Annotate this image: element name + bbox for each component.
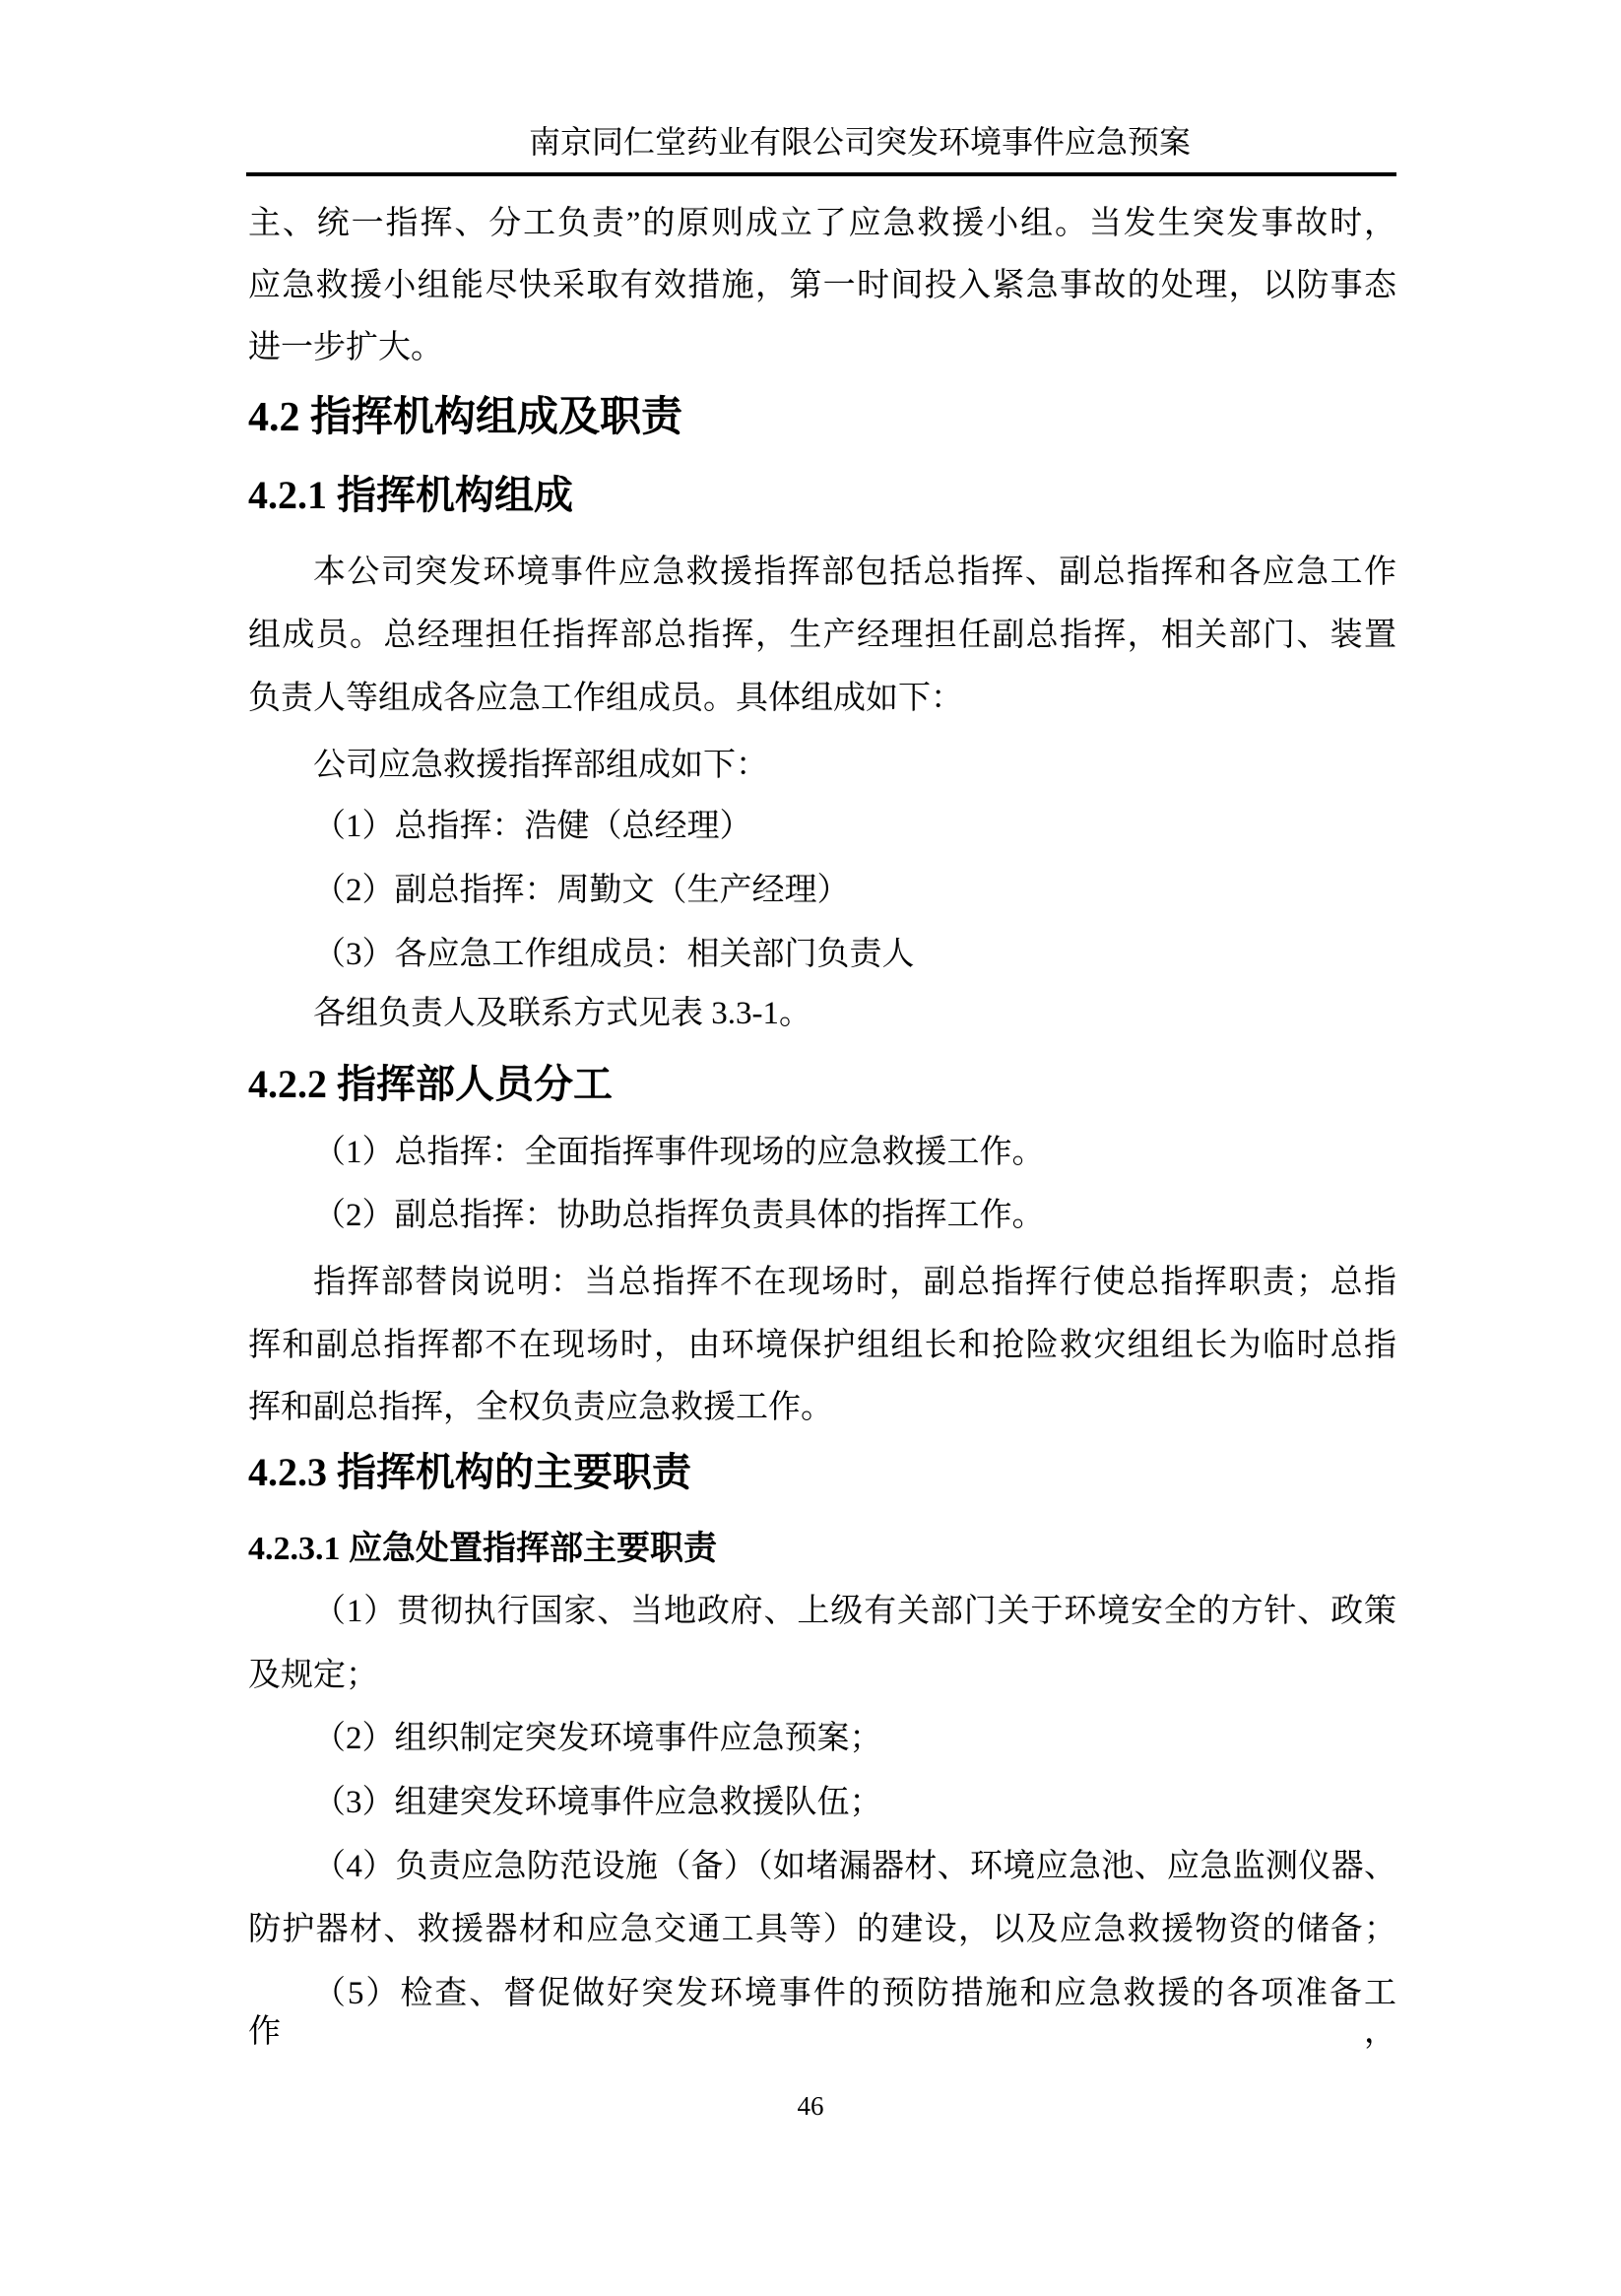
paragraph-line: 及规定； [248, 1657, 1396, 1695]
heading-4-2-2: 4.2.2 指挥部人员分工 [248, 1061, 1396, 1107]
paragraph-line: 负责人等组成各应急工作组成员。具体组成如下： [248, 680, 1396, 718]
paragraph-line: 应急救援小组能尽快采取有效措施，第一时间投入紧急事故的处理，以防事态 [248, 267, 1396, 305]
document-page: 南京同仁堂药业有限公司突发环境事件应急预案 主、统一指挥、分工负责”的原则成立了… [0, 0, 1621, 2296]
paragraph-line: 进一步扩大。 [248, 329, 1396, 367]
header-divider-line [246, 172, 1396, 176]
list-item: （4）负责应急防范设施（备）（如堵漏器材、环境应急池、应急监测仪器、 [248, 1848, 1396, 1886]
list-item: （3）组建突发环境事件应急救援队伍； [248, 1784, 1396, 1822]
page-number: 46 [0, 2091, 1621, 2122]
paragraph-line: 指挥部替岗说明：当总指挥不在现场时，副总指挥行使总指挥职责；总指 [248, 1264, 1396, 1302]
list-item: （5）检查、督促做好突发环境事件的预防措施和应急救援的各项准备工作， [248, 1975, 1396, 2052]
list-item: （2）副总指挥：周勤文（生产经理） [248, 872, 1396, 910]
heading-4-2-1: 4.2.1 指挥机构组成 [248, 472, 1396, 518]
paragraph-line: 本公司突发环境事件应急救援指挥部包括总指挥、副总指挥和各应急工作 [248, 554, 1396, 592]
list-item: （1）总指挥：全面指挥事件现场的应急救援工作。 [248, 1134, 1396, 1172]
list-item: （2）组织制定突发环境事件应急预案； [248, 1720, 1396, 1758]
paragraph-line: 挥和副总指挥都不在现场时，由环境保护组组长和抢险救灾组组长为临时总指 [248, 1327, 1396, 1365]
heading-4-2-3-1: 4.2.3.1 应急处置指挥部主要职责 [248, 1530, 1396, 1569]
paragraph-line: 防护器材、救援器材和应急交通工具等）的建设，以及应急救援物资的储备； [248, 1911, 1396, 1949]
list-item: （2）副总指挥：协助总指挥负责具体的指挥工作。 [248, 1197, 1396, 1235]
paragraph-line: 各组负责人及联系方式见表 3.3-1。 [248, 995, 1396, 1033]
heading-4-2: 4.2 指挥机构组成及职责 [248, 394, 1396, 443]
paragraph-line: 主、统一指挥、分工负责”的原则成立了应急救援小组。当发生突发事故时， [248, 205, 1396, 243]
list-item: （1）贯彻执行国家、当地政府、上级有关部门关于环境安全的方针、政策 [248, 1593, 1396, 1631]
list-item: （3）各应急工作组成员：相关部门负责人 [248, 936, 1396, 974]
document-header-title: 南京同仁堂药业有限公司突发环境事件应急预案 [286, 124, 1434, 161]
paragraph-line: 组成员。总经理担任指挥部总指挥，生产经理担任副总指挥，相关部门、装置 [248, 617, 1396, 655]
paragraph-line: 公司应急救援指挥部组成如下： [248, 747, 1396, 785]
list-item: （1）总指挥：浩健（总经理） [248, 808, 1396, 846]
paragraph-line: 挥和副总指挥，全权负责应急救援工作。 [248, 1389, 1396, 1427]
heading-4-2-3: 4.2.3 指挥机构的主要职责 [248, 1449, 1396, 1495]
